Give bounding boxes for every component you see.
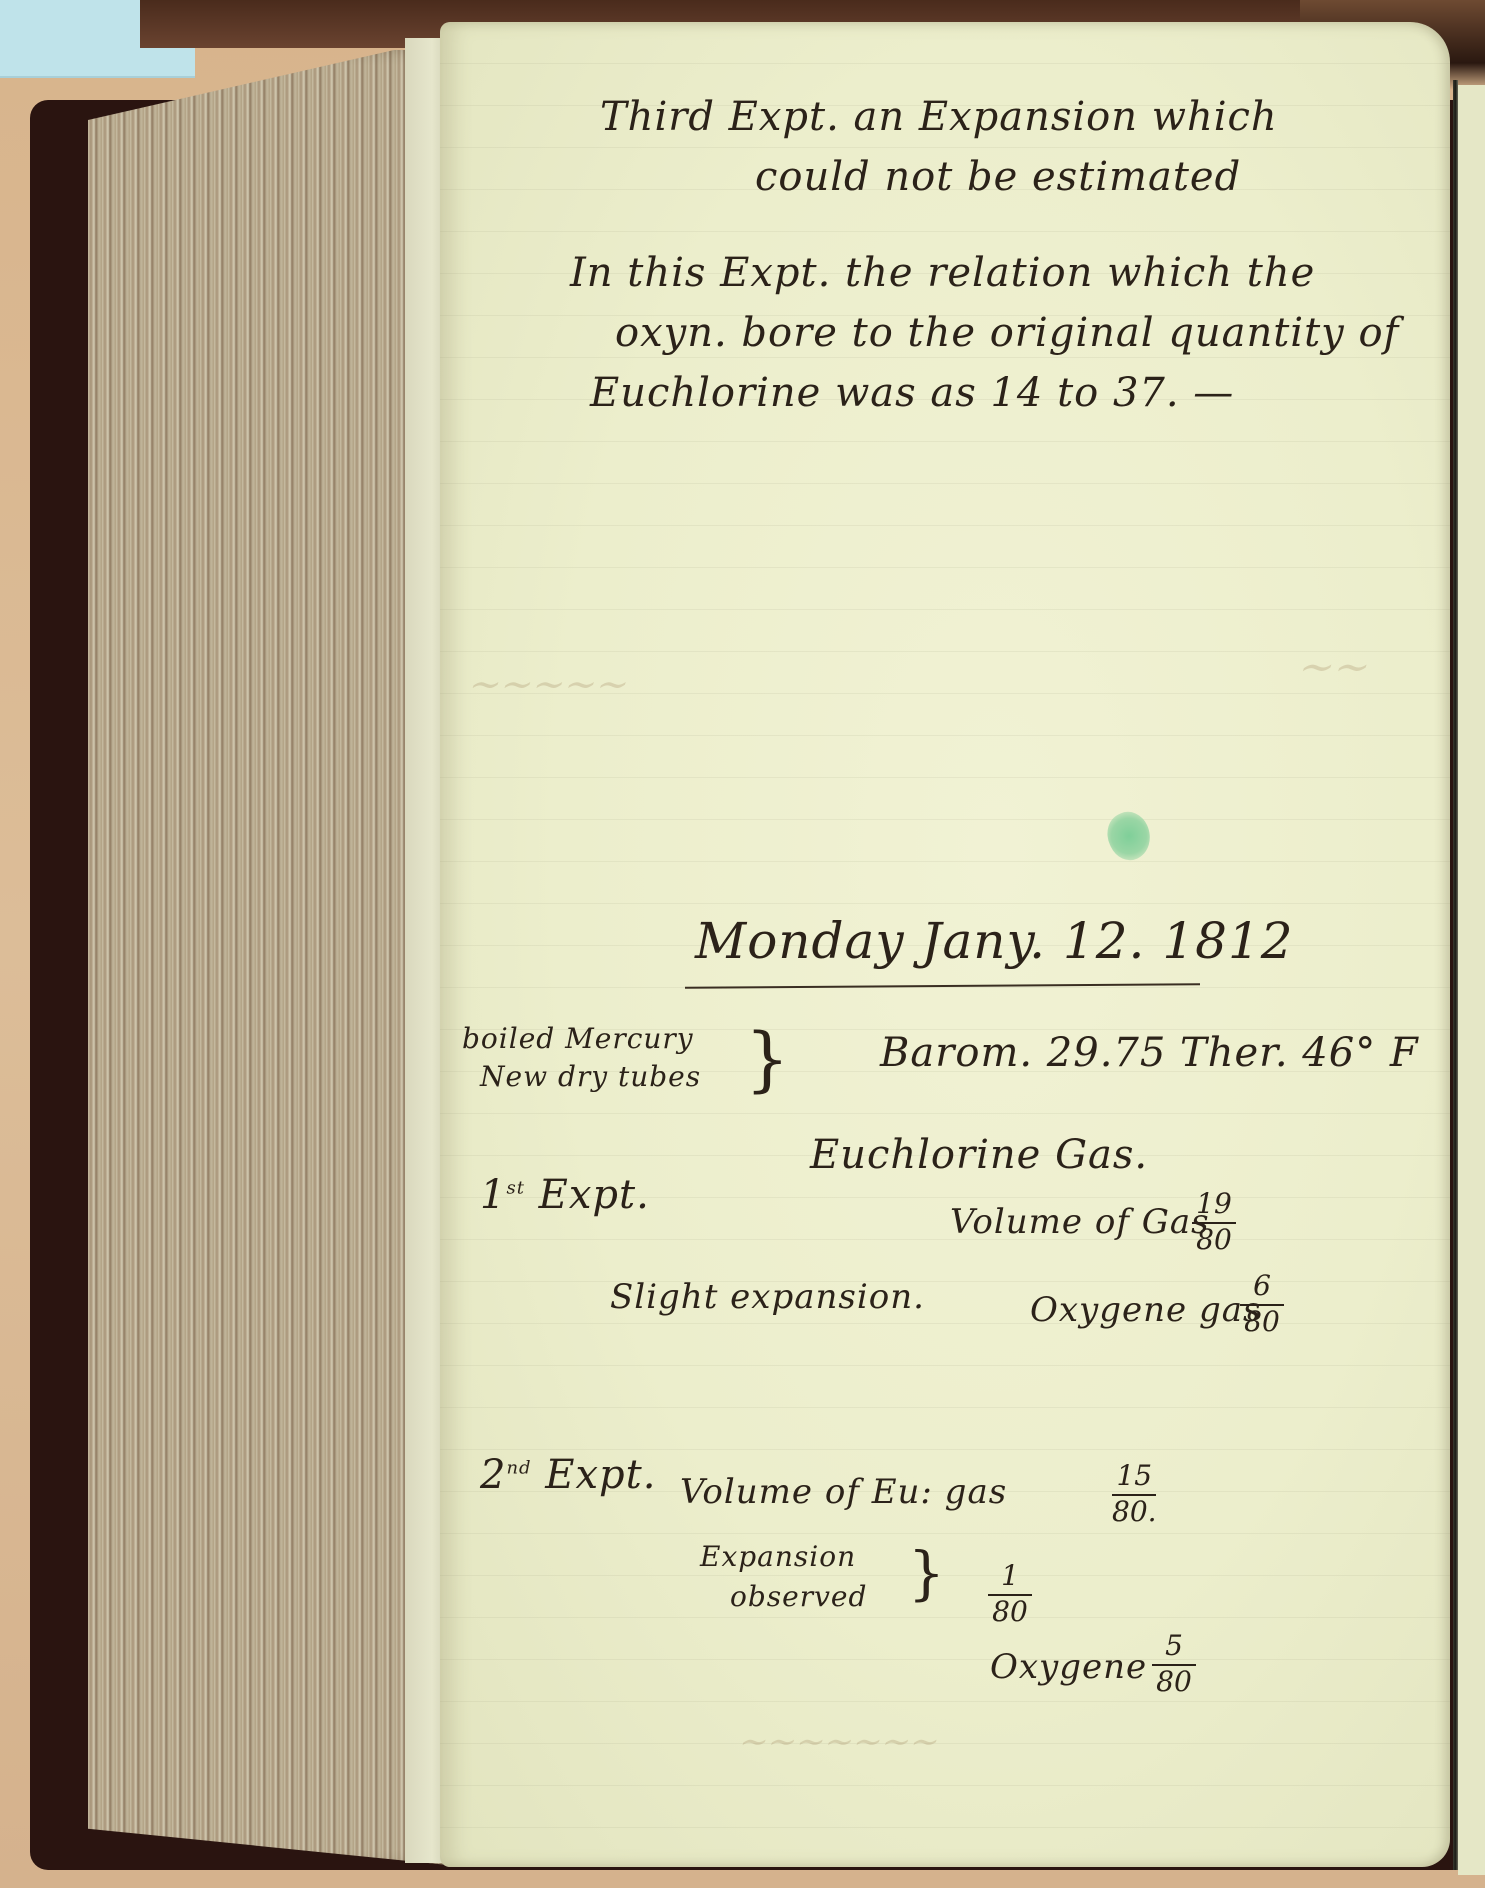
conditions: Barom. 29.75 Ther. 46° F	[880, 1030, 1419, 1076]
experiment-1-observation: Slight expansion.	[610, 1277, 925, 1317]
experiment-2-expansion-fraction: 1 80	[988, 1562, 1032, 1626]
experiment-2-volume-fraction: 15 80.	[1112, 1462, 1157, 1526]
entry-date: Monday Jany. 12. 1812	[695, 912, 1294, 970]
note-line-2: oxyn. bore to the original quantity of	[615, 310, 1399, 356]
experiment-2-oxygen-label: Oxygene	[990, 1647, 1147, 1687]
notebook-page: ~~~~~ ~~ ~~~~~~~ Third Expt. an Expansio…	[440, 22, 1450, 1867]
experiment-2-expansion-line-2: observed	[730, 1580, 867, 1613]
experiment-2-label: 2nd Expt.	[480, 1452, 656, 1498]
brace-icon: }	[745, 1024, 790, 1094]
previous-entry-line-1: Third Expt. an Expansion which	[600, 94, 1278, 140]
experiment-1-oxygen-fraction: 6 80	[1240, 1272, 1284, 1336]
experiment-1-volume-label: Volume of Gas	[950, 1202, 1210, 1242]
setup-note-line-2: New dry tubes	[480, 1060, 701, 1093]
brace-icon: }	[908, 1544, 945, 1602]
experiment-2-volume-label: Volume of Eu: gas	[680, 1472, 1007, 1512]
note-line-3: Euchlorine was as 14 to 37. —	[590, 370, 1234, 416]
facing-page-edge	[1458, 85, 1485, 1875]
experiment-2-expansion-line-1: Expansion	[700, 1540, 856, 1573]
note-line-1: In this Expt. the relation which the	[570, 250, 1315, 296]
experiment-2-oxygen-fraction: 5 80	[1152, 1632, 1196, 1696]
experiment-1-label: 1st Expt.	[480, 1172, 650, 1218]
setup-note-line-1: boiled Mercury	[462, 1022, 694, 1055]
previous-entry-line-2: could not be estimated	[755, 154, 1241, 200]
gas-heading: Euchlorine Gas.	[810, 1132, 1148, 1178]
experiment-1-oxygen-label: Oxygene gas	[1030, 1290, 1261, 1330]
experiment-1-volume-fraction: 19 80	[1192, 1190, 1236, 1254]
page-stack-fore-edge	[88, 50, 448, 1865]
